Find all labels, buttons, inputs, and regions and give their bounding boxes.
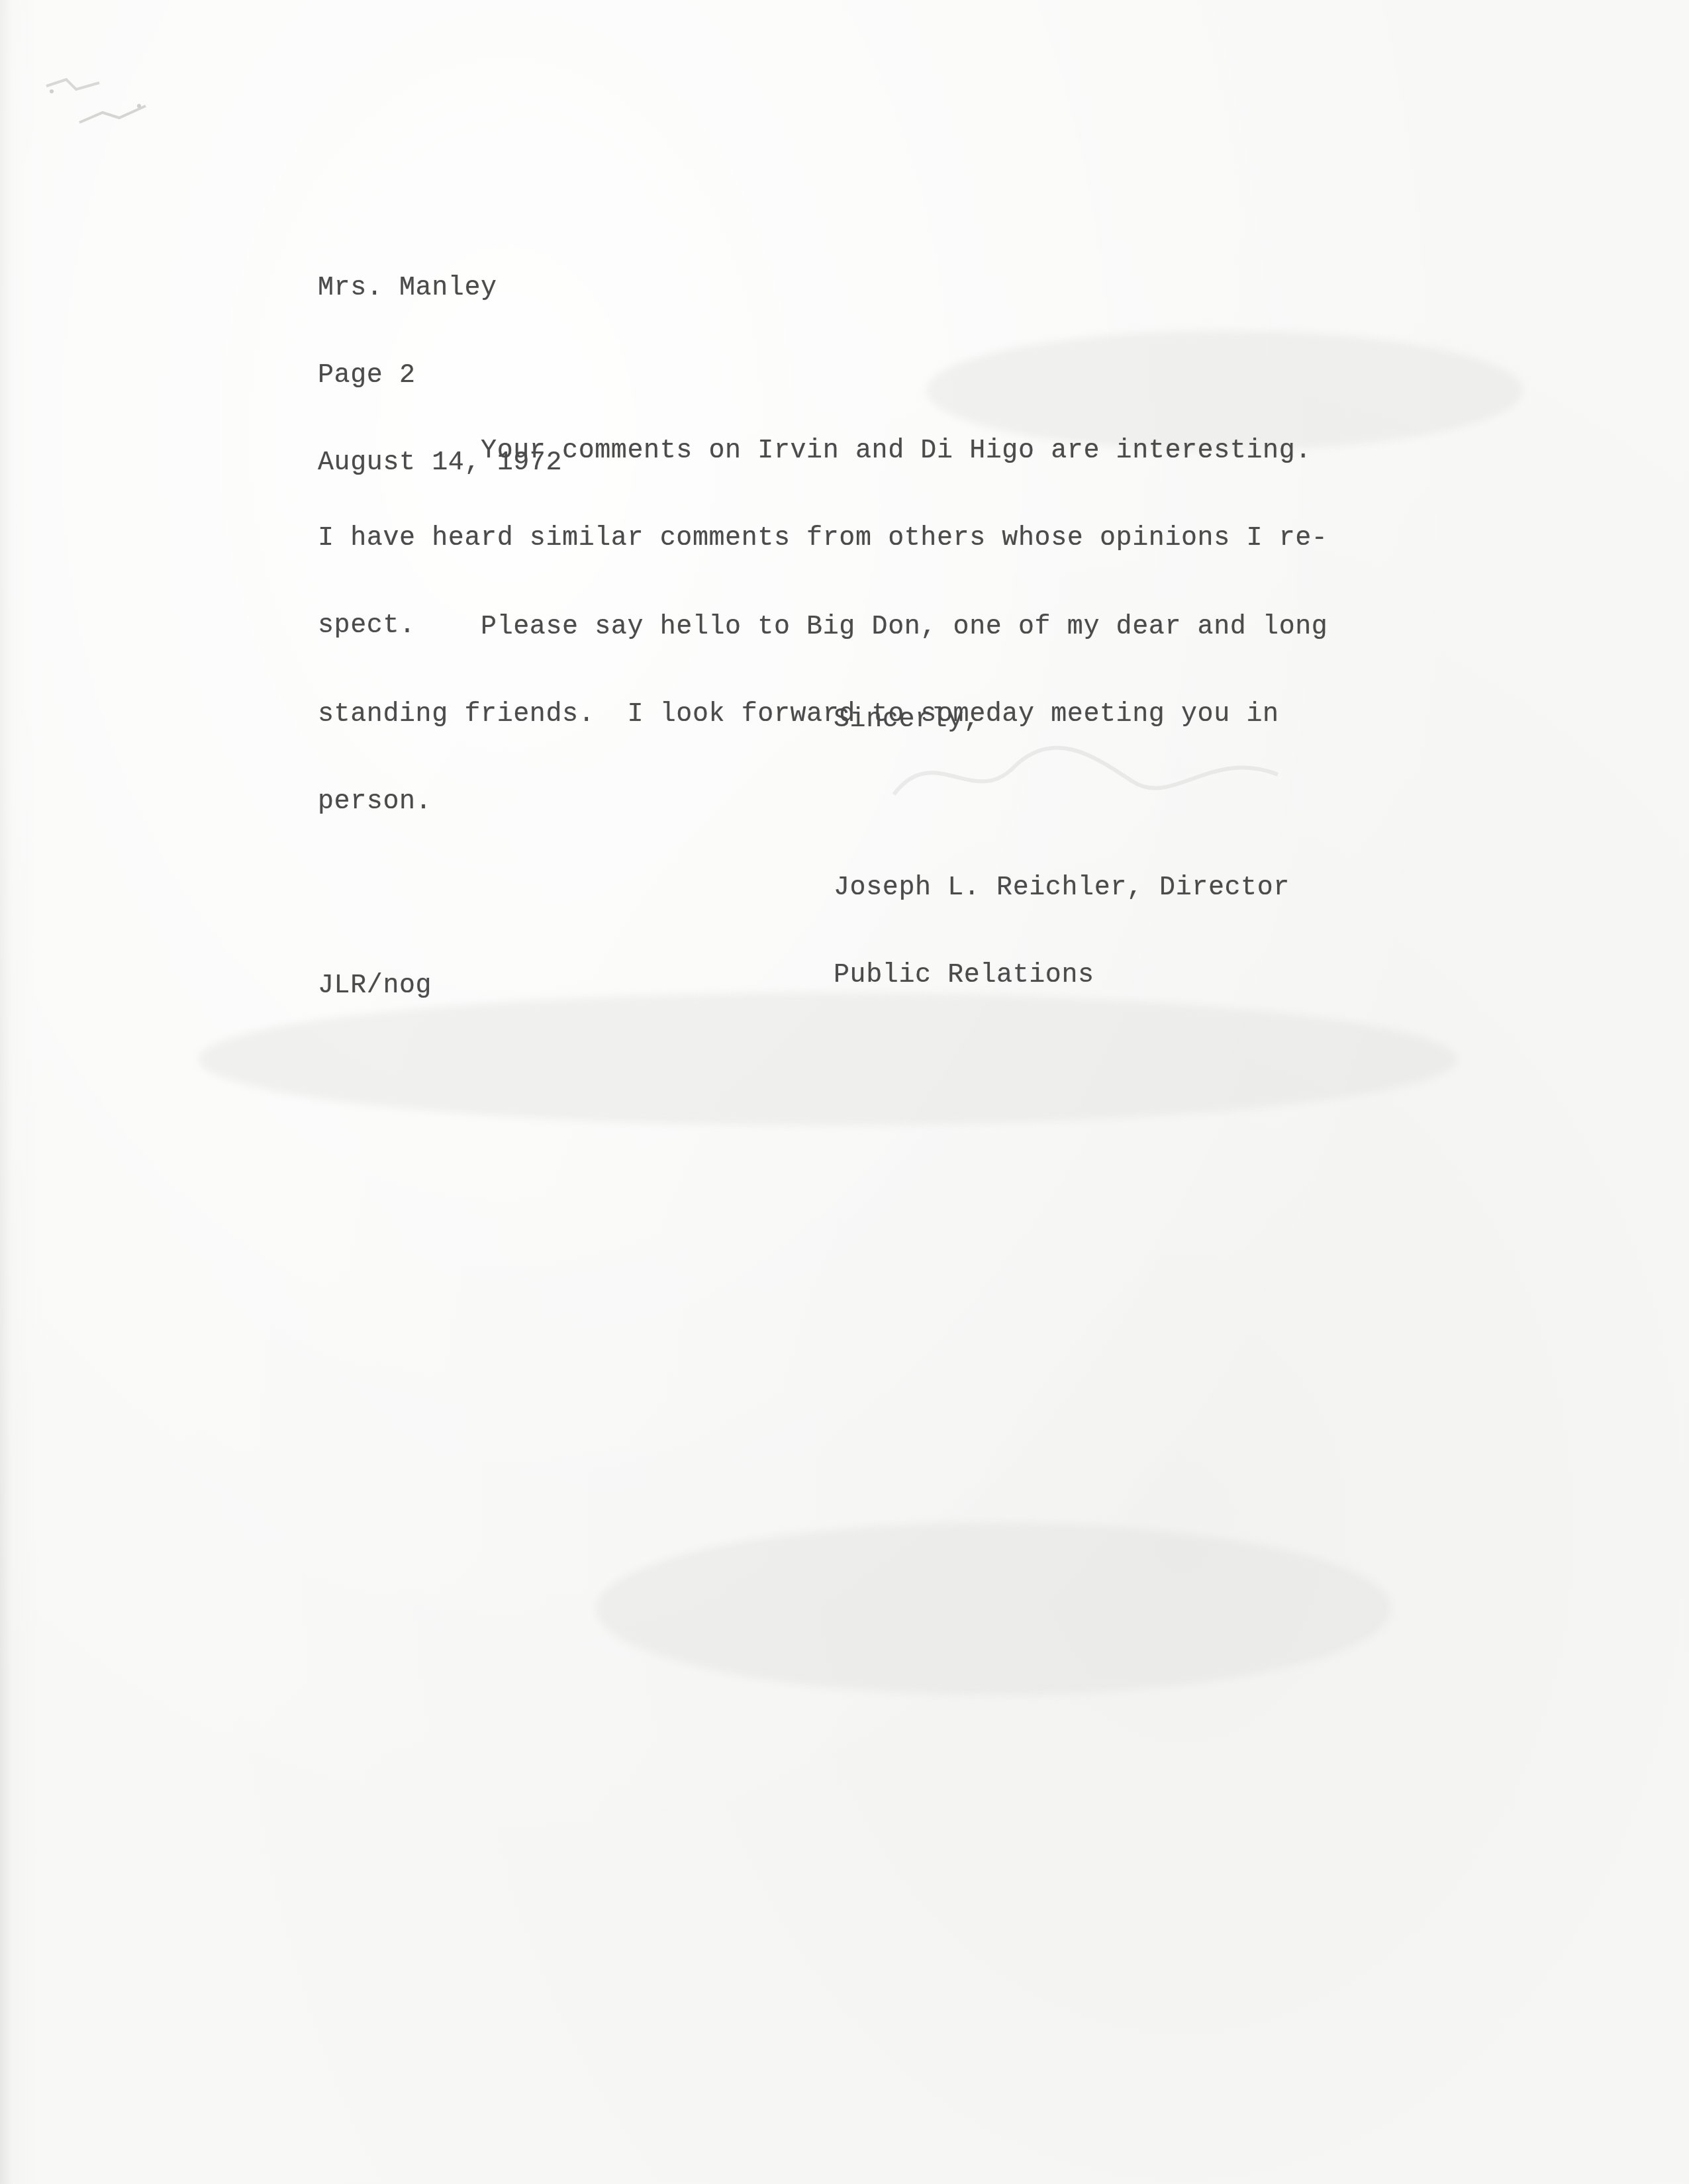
signer-department: Public Relations <box>834 961 1290 990</box>
paragraph-line: Your comments on Irvin and Di Higo are i… <box>318 437 1327 466</box>
paragraph-line: I have heard similar comments from other… <box>318 524 1327 553</box>
paragraph-line: person. <box>318 788 1327 817</box>
signature-block: Joseph L. Reichler, Director Public Rela… <box>834 816 1290 1020</box>
body-paragraph-2: Please say hello to Big Don, one of my d… <box>318 555 1327 846</box>
reference-initials: JLR/nog <box>318 914 432 1030</box>
paragraph-line: standing friends. I look forward to some… <box>318 700 1327 730</box>
recipient-name: Mrs. Manley <box>318 274 562 303</box>
paragraph-line: Please say hello to Big Don, one of my d… <box>318 613 1327 642</box>
signer-name-title: Joseph L. Reichler, Director <box>834 874 1290 903</box>
staple-mark-icon <box>40 60 172 139</box>
paper-crease <box>596 1523 1390 1695</box>
closing-salutation: Sincerly, <box>834 647 980 764</box>
paper-background <box>0 0 1689 2184</box>
reference-initials-text: JLR/nog <box>318 972 432 1001</box>
salutation-text: Sincerly, <box>834 706 980 735</box>
